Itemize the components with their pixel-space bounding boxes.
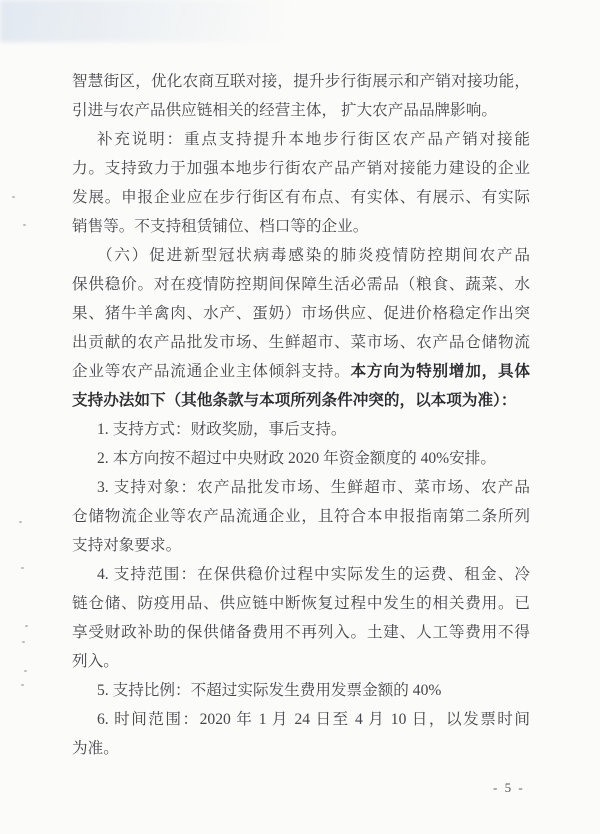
- text-line: 5. 支持比例：不超过实际发生费用发票金额的 40%: [72, 676, 530, 705]
- scan-speck: [22, 641, 25, 643]
- scan-speck: [25, 625, 28, 627]
- text-segment: 企业等农产品流通企业主体倾斜支持。: [72, 363, 351, 380]
- text-line: 列入。: [72, 647, 530, 676]
- text-line: 2. 本方向按不超过中央财政 2020 年资金额度的 40%安排。: [72, 444, 530, 473]
- text-line: 支持对象要求。: [72, 531, 530, 560]
- text-line: 4. 支持范围：在保供稳价过程中实际发生的运费、租金、冷: [72, 560, 530, 589]
- text-line: 为准。: [72, 734, 530, 763]
- page-number: - 5 -: [493, 780, 525, 796]
- text-line: 仓储物流企业等农产品流通企业，且符合本申报指南第二条所列: [72, 502, 530, 531]
- text-line: 企业等农产品流通企业主体倾斜支持。本方向为特别增加，具体: [72, 357, 530, 386]
- text-line: 1. 支持方式：财政奖励，事后支持。: [72, 415, 530, 444]
- document-page: 智慧街区，优化农商互联对接，提升步行街展示和产销对接功能， 引进与农产品供应链相…: [0, 0, 600, 834]
- scan-speck: [23, 224, 26, 226]
- text-line: 支持办法如下（其他条款与本项所列条件冲突的，以本项为准）：: [72, 386, 530, 415]
- text-line: 3. 支持对象：农产品批发市场、生鲜超市、菜市场、农产品: [72, 473, 530, 502]
- scan-speck: [19, 521, 22, 523]
- scan-speck: [21, 684, 24, 686]
- text-line: 发展。申报企业应在步行街区有布点、有实体、有展示、有实际: [72, 183, 530, 212]
- text-segment-bold: 本方向为特别增加，具体: [351, 363, 530, 380]
- scan-shading-artifact: [0, 0, 380, 42]
- text-line: 智慧街区，优化农商互联对接，提升步行街展示和产销对接功能，: [72, 67, 530, 96]
- scan-speck: [21, 567, 24, 569]
- text-line: 果、猪牛羊禽肉、水产、蛋奶）市场供应、促进价格稳定作出突: [72, 299, 530, 328]
- text-line: 链仓储、防疫用品、供应链中断恢复过程中发生的相关费用。已: [72, 589, 530, 618]
- text-line: 引进与农产品供应链相关的经营主体， 扩大农产品品牌影响。: [72, 96, 530, 125]
- scan-speck: [24, 670, 27, 672]
- text-line: 享受财政补助的保供储备费用不再列入。土建、人工等费用不得: [72, 618, 530, 647]
- text-line: 销售等。不支持租赁铺位、档口等的企业。: [72, 212, 530, 241]
- text-line: （六）促进新型冠状病毒感染的肺炎疫情防控期间农产品: [72, 241, 530, 270]
- text-line: 力。支持致力于加强本地步行街农产品产销对接能力建设的企业: [72, 154, 530, 183]
- text-line: 保供稳价。对在疫情防控期间保障生活必需品（粮食、蔬菜、水: [72, 270, 530, 299]
- text-line: 出贡献的农产品批发市场、生鲜超市、菜市场、农产品仓储物流: [72, 328, 530, 357]
- text-line: 补充说明：重点支持提升本地步行街区农产品产销对接能: [72, 125, 530, 154]
- scan-speck: [12, 196, 15, 198]
- document-body: 智慧街区，优化农商互联对接，提升步行街展示和产销对接功能， 引进与农产品供应链相…: [72, 67, 530, 763]
- text-line: 6. 时间范围：2020 年 1 月 24 日至 4 月 10 日，以发票时间: [72, 705, 530, 734]
